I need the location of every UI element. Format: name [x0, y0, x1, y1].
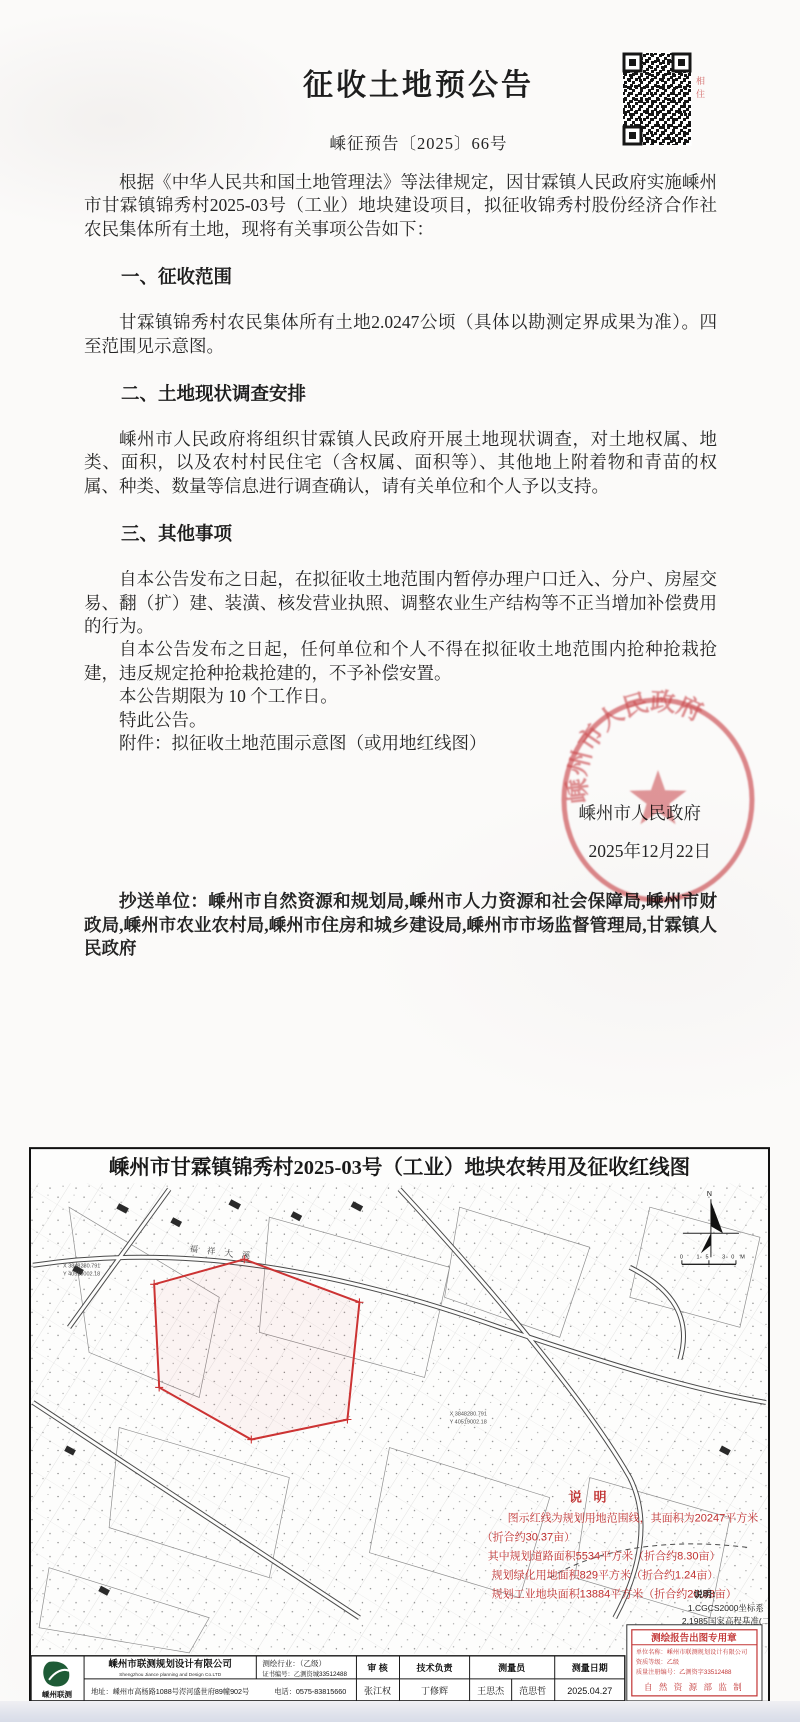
stamp-cert-line: 质量注册编号：乙测资字33512488	[636, 1668, 732, 1676]
svg-text:说 明: 说 明	[569, 1490, 611, 1505]
svg-text:X 3848280.791: X 3848280.791	[63, 1263, 100, 1269]
section-3-paragraph-2: 自本公告发布之日起，任何单位和个人不得在拟征收土地范围内抢种抢栽抢建，违反规定抢…	[84, 638, 717, 685]
svg-text:2.1985国家高程基准(二期): 2.1985国家高程基准(二期)	[682, 1616, 770, 1626]
doc-number: 嵊征预告〔2025〕66号	[120, 130, 717, 154]
scale-label: 0 15 30M	[680, 1254, 751, 1260]
val-survey-date: 2025.04.27	[567, 1686, 612, 1696]
notice-title: 征收土地预公告	[120, 60, 717, 104]
announcement-page: 相住 征收土地预公告 嵊征预告〔2025〕66号 根据《中华人民共和国土地管理法…	[0, 0, 800, 1722]
svg-text:图示红线为规划用地范围线，其面积为20247平方米: 图示红线为规划用地范围线，其面积为20247平方米	[508, 1511, 759, 1525]
col-survey-date: 测量日期	[572, 1662, 608, 1673]
section-2-heading: 二、土地现状调查安排	[84, 383, 717, 407]
col-surveyor: 测量员	[498, 1662, 526, 1673]
svg-text:Y 40519002.18: Y 40519002.18	[450, 1419, 487, 1425]
map-canvas: 福祥大溪 X 3848280.791 Y 40519002.18 X 38482…	[31, 1183, 770, 1654]
map-footer-table: 嵊州联测 嵊州市联测规划设计有限公司 Shengzhou Jiance plan…	[31, 1656, 625, 1701]
stamp-title: 测绘报告出图专用章	[651, 1632, 737, 1644]
svg-text:1.CGCS2000坐标系: 1.CGCS2000坐标系	[688, 1603, 765, 1613]
company-address: 地址：嵊州市高杨路1088号浕河盛世府89幢902号	[91, 1687, 249, 1696]
company-phone: 电话：0575-83815660	[274, 1687, 346, 1696]
company-name-cn: 嵊州市联测规划设计有限公司	[108, 1658, 232, 1670]
svg-text:X 3848280.791: X 3848280.791	[450, 1411, 487, 1417]
map-figure: 嵊州市甘霖镇锦秀村2025-03号（工业）地块农转用及征收红线图	[29, 1147, 770, 1703]
seal-arc-text: 嵊州市人民政府	[563, 688, 707, 805]
company-name-en: Shengzhou Jiance planning and Design Co.…	[119, 1672, 222, 1678]
stamp-company-line: 单位名称：嵊州市联测规划设计有限公司	[636, 1648, 747, 1656]
svg-text:（折合约30.37亩）: （折合约30.37亩）	[482, 1530, 576, 1544]
seal-star-icon	[630, 770, 687, 824]
compass-n-label: N	[707, 1191, 712, 1198]
val-surveyor-2: 范思哲	[519, 1685, 546, 1696]
intro-paragraph: 根据《中华人民共和国土地管理法》等法律规定，因甘霖镇人民政府实施嵊州市甘霖镇锦秀…	[84, 171, 717, 241]
svg-text:Y 40519002.18: Y 40519002.18	[63, 1271, 100, 1277]
photo-background-strip	[0, 1701, 800, 1722]
government-seal-stamp: 嵊州市人民政府	[552, 688, 764, 912]
svg-text:嵊州市人民政府: 嵊州市人民政府	[563, 688, 707, 805]
svg-text:说明：: 说明：	[694, 1589, 721, 1600]
industry-grade: 测绘行业：（乙级）	[262, 1658, 326, 1668]
col-tech-lead: 技术负责	[416, 1662, 454, 1673]
section-2-paragraph: 嵊州市人民政府将组织甘霖镇人民政府开展土地现状调查，对土地权属、地类、面积，以及…	[84, 428, 717, 498]
certificate-number: 证书编号：乙测资城33512488	[262, 1669, 347, 1678]
col-reviewer: 审 核	[367, 1662, 389, 1673]
val-reviewer: 张江权	[364, 1685, 391, 1696]
stamp-authority-line: 自 然 资 源 部 监 制	[644, 1682, 744, 1692]
map-title: 嵊州市甘霖镇锦秀村2025-03号（工业）地块农转用及征收红线图	[109, 1155, 690, 1179]
logo-text: 嵊州联测	[42, 1689, 72, 1699]
val-surveyor-1: 王思杰	[477, 1685, 505, 1696]
survey-stamp-box: 测绘报告出图专用章 单位名称：嵊州市联测规划设计有限公司 资质等级：乙级 质量注…	[627, 1625, 762, 1701]
svg-text:其中规划道路面积5534平方米（折合约8.30亩）: 其中规划道路面积5534平方米（折合约8.30亩）	[488, 1549, 721, 1563]
section-1-paragraph: 甘霖镇锦秀村农民集体所有土地2.0247公顷（具体以勘测定界成果为准）。四至范围…	[84, 311, 717, 358]
section-3-heading: 三、其他事项	[84, 523, 717, 547]
svg-text:规划绿化用地面积829平方米（折合约1.24亩）: 规划绿化用地面积829平方米（折合约1.24亩）	[492, 1568, 719, 1582]
section-1-heading: 一、征收范围	[84, 266, 717, 290]
section-3-paragraph-1: 自本公告发布之日起，在拟征收土地范围内暂停办理户口迁入、分户、房屋交易、翻（扩）…	[84, 568, 717, 638]
val-tech-lead: 丁修辉	[421, 1685, 448, 1696]
stamp-grade-line: 资质等级：乙级	[636, 1658, 680, 1666]
